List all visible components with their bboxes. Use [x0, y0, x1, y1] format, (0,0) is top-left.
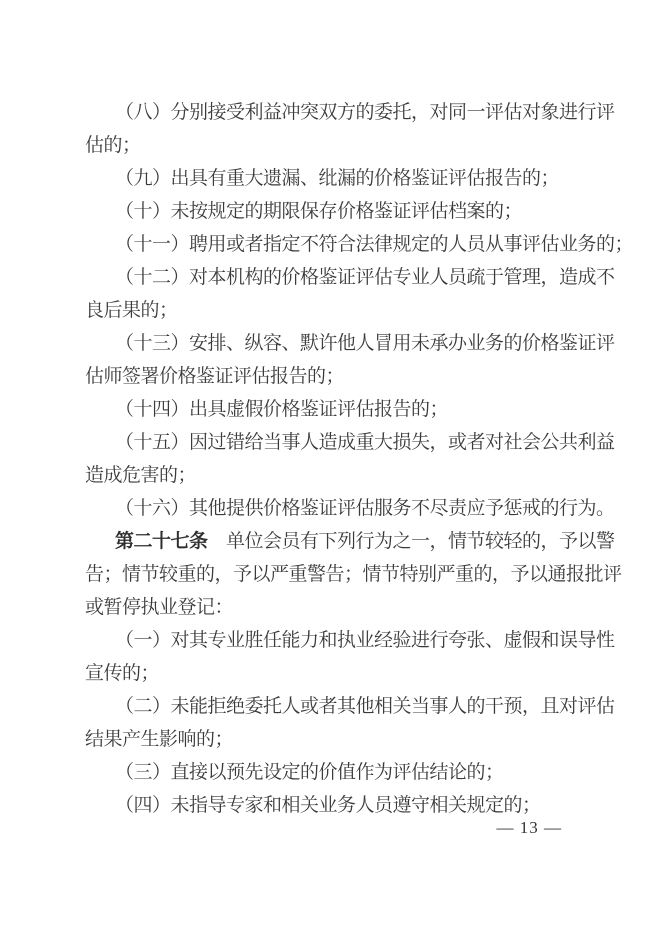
- text-line: 估师签署价格鉴证评估报告的；: [85, 360, 615, 393]
- text-line: （十一）聘用或者指定不符合法律规定的人员从事评估业务的；: [85, 228, 615, 261]
- text-line-rest: 单位会员有下列行为之一，情节较轻的，予以警: [208, 531, 615, 552]
- document-body: （八）分别接受利益冲突双方的委托，对同一评估对象进行评估的；（九）出具有重大遗漏…: [85, 96, 615, 822]
- page-number: — 13 —: [497, 817, 563, 839]
- text-line: 或暂停执业登记：: [85, 591, 615, 624]
- text-line: （十六）其他提供价格鉴证评估服务不尽责应予惩戒的行为。: [85, 492, 615, 525]
- text-line: （十三）安排、纵容、默许他人冒用未承办业务的价格鉴证评: [85, 327, 615, 360]
- text-line: 宣传的；: [85, 657, 615, 690]
- article-number: 第二十七条: [115, 531, 208, 552]
- text-line: 良后果的；: [85, 294, 615, 327]
- text-line: 结果产生影响的；: [85, 723, 615, 756]
- text-line: 告；情节较重的，予以严重警告；情节特别严重的，予以通报批评: [85, 558, 615, 591]
- text-line: （三）直接以预先设定的价值作为评估结论的；: [85, 756, 615, 789]
- text-line: （八）分别接受利益冲突双方的委托，对同一评估对象进行评: [85, 96, 615, 129]
- text-line: 第二十七条 单位会员有下列行为之一，情节较轻的，予以警: [85, 525, 615, 558]
- text-line: （十）未按规定的期限保存价格鉴证评估档案的；: [85, 195, 615, 228]
- text-line: （二）未能拒绝委托人或者其他相关当事人的干预，且对评估: [85, 690, 615, 723]
- text-line: （十五）因过错给当事人造成重大损失，或者对社会公共利益: [85, 426, 615, 459]
- text-line: 造成危害的；: [85, 459, 615, 492]
- text-line: （九）出具有重大遗漏、纰漏的价格鉴证评估报告的；: [85, 162, 615, 195]
- document-page: （八）分别接受利益冲突双方的委托，对同一评估对象进行评估的；（九）出具有重大遗漏…: [0, 0, 661, 935]
- text-line: （一）对其专业胜任能力和执业经验进行夸张、虚假和误导性: [85, 624, 615, 657]
- text-line: （十四）出具虚假价格鉴证评估报告的；: [85, 393, 615, 426]
- text-line: 估的；: [85, 129, 615, 162]
- text-line: （十二）对本机构的价格鉴证评估专业人员疏于管理，造成不: [85, 261, 615, 294]
